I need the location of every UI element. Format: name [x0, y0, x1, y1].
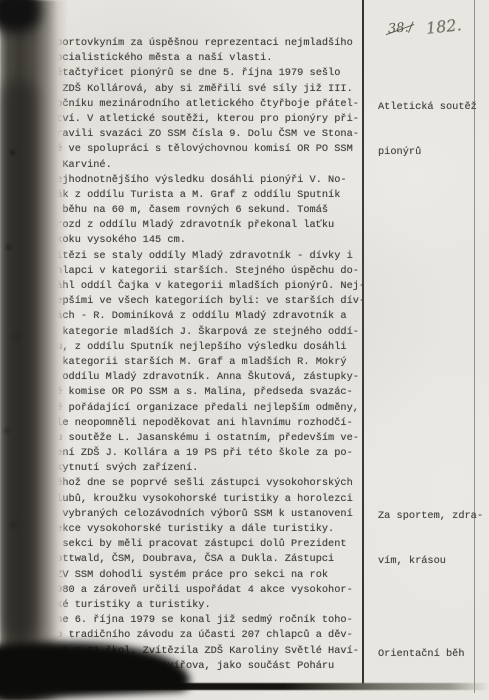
text-line: 1980 a zároveň určili uspořádat 4 akce v…	[50, 583, 362, 598]
text-line: lu, z oddílu Sputník nejlepšího výsledku…	[50, 340, 362, 355]
text-line: ně komise OR PO SSM a s. Malina, předsed…	[50, 385, 362, 400]
handwritten-page-number: 182.	[425, 15, 462, 38]
text-line: Dne 6. října 1979 se konal již sedmý roč…	[50, 613, 362, 628]
struck-page-number: 38./	[388, 20, 414, 37]
text-line: ství. V atletické soutěži, kterou pro pi…	[50, 112, 362, 127]
margin-note-line: pionýrů	[378, 145, 484, 160]
text-line: Nejhodnotnějšího výsledku dosáhli pionýř…	[50, 173, 362, 188]
text-line: Gottwald, ČSM, Doubrava, ČSA a Dukla. Zá…	[50, 552, 362, 567]
text-line: Drozd z oddílu Mladý zdravotník překonal…	[50, 218, 362, 233]
margin-note-line: Za sportem, zdra-	[378, 509, 484, 524]
text-line: lepšími ve všech kategoriích byli: ve st…	[50, 294, 362, 309]
text-line: sportovkyním za úspěšnou reprezentaci ne…	[50, 36, 362, 51]
text-line: Pětačtyřicet pionýrů se dne 5. října 197…	[50, 66, 362, 81]
text-line: kách - R. Dominíková z oddílu Mladý zdra…	[50, 309, 362, 324]
chronicle-scanned-page: sportovkyním za úspěšnou reprezentaci ne…	[0, 0, 489, 700]
text-line: chlapci v kategorii starších. Stejného ú…	[50, 264, 362, 279]
text-line: vě ve spolupráci s tělovýchovnou komisí …	[50, 142, 362, 157]
text-line: V sekci by měli pracovat zástupci dolů P…	[50, 537, 362, 552]
text-line: z kategorie mladších J. Škarpová ze stej…	[50, 325, 362, 340]
margin-note-line: vím, krásou	[378, 554, 484, 569]
text-line: z vybraných celozávodních výborů SSM k u…	[50, 507, 362, 522]
text-line: dení ZDŠ J. Kollára a 19 PS při této ško…	[50, 446, 362, 461]
text-line: skytnutí svých zařízení.	[50, 461, 362, 476]
text-line: pravili svazáci ZO SSM čísla 9. Dolu ČSM…	[50, 127, 362, 142]
text-line: CZV SSM dohodli systém práce pro sekci n…	[50, 568, 362, 583]
text-line: klubů, kroužku vysokohorské turistiky a …	[50, 492, 362, 507]
text-line: ročníku mezinárodního atletického čtyřbo…	[50, 97, 362, 112]
text-line: v běhu na 60 m, časem rovných 6 sekund. …	[50, 203, 362, 218]
text-line: sekce vysokohorské turistiky a dále turi…	[50, 522, 362, 537]
text-line: ské turistiky a turistiky.	[50, 598, 362, 613]
margin-note-athletics: Atletická soutěž pionýrů	[378, 70, 484, 190]
margin-divider-line	[362, 0, 364, 687]
text-line: to tradičního závodu za účasti 207 chlap…	[50, 628, 362, 643]
margin-note-sport-slogan: Za sportem, zdra- vím, krásou	[378, 479, 484, 599]
text-line: čat z 21 škol. Zvítězila ZDŠ Karoliny Sv…	[50, 644, 362, 659]
text-line: ké pořádající organizace předali nejlepš…	[50, 401, 362, 416]
text-line: mu soutěže L. Jasanskému i ostatním, pře…	[50, 431, 362, 446]
text-line: Vítězi se staly oddíly Mladý zdravotník …	[50, 249, 362, 264]
margin-note-line: Atletická soutěž	[378, 100, 484, 115]
body-text-column: sportovkyním za úspěšnou reprezentaci ne…	[50, 36, 362, 674]
binding-shadow-top-corner	[0, 0, 40, 32]
text-line: vák z oddílu Turista a M. Graf z oddílu …	[50, 188, 362, 203]
binding-shadow-core	[3, 80, 35, 640]
text-line: v kategorii starších M. Graf a mladších …	[50, 355, 362, 370]
paper-smudges	[10, 150, 15, 155]
margin-note-orienteering: Orientační běh	[378, 617, 484, 692]
text-line: v ZDŠ Kollárová, aby si změřili své síly…	[50, 82, 362, 97]
text-line: Téhož dne se poprvé sešli zástupci vysok…	[50, 476, 362, 491]
text-line: socialistického města a naší vlasti.	[50, 51, 362, 66]
text-line: ale neopomněli nepoděkovat ani hlavnímu …	[50, 416, 362, 431]
text-line: sáhl oddíl Čajka v kategorii mladších pi…	[50, 279, 362, 294]
text-line: z oddílu Mladý zdravotník. Anna Škutová,…	[50, 370, 362, 385]
text-line: řov. Pohár města Havířova, jako součást …	[50, 659, 362, 674]
text-line: v Karviné.	[50, 158, 362, 173]
margin-note-line: Orientační běh	[378, 647, 484, 662]
text-line: skoku vysokého 145 cm.	[50, 233, 362, 248]
